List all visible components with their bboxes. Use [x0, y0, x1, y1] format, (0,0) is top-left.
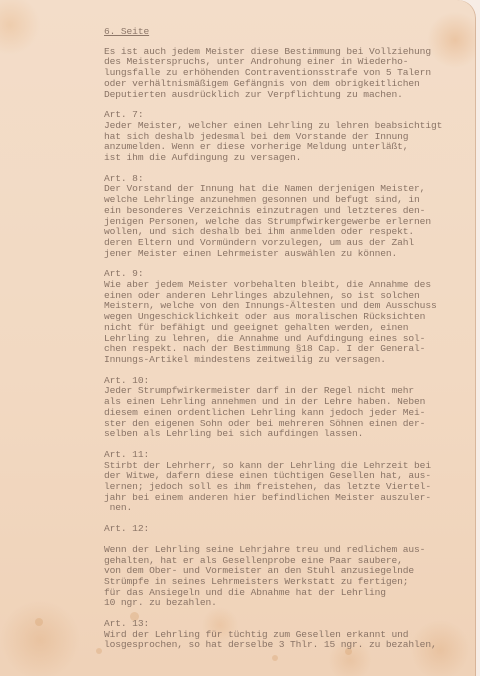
article-11: Art. 11: Stirbt der Lehrherr, so kann de… [104, 450, 476, 514]
intro-paragraph: Es ist auch jedem Meister diese Bestimmu… [104, 47, 476, 101]
page-heading: 6. Seite [104, 27, 149, 38]
article-title: Art. 12: [104, 524, 476, 535]
article-text: Der Vorstand der Innung hat die Namen de… [104, 184, 476, 259]
article-13: Art. 13: Wird der Lehrling für tüchtig z… [104, 619, 476, 651]
stain [96, 648, 102, 654]
article-text: Stirbt der Lehrherr, so kann der Lehrlin… [104, 461, 476, 515]
article-title: Art. 11: [104, 450, 476, 461]
stain [35, 618, 43, 626]
stain [272, 655, 278, 661]
article-text: Jeder Meister, welcher einen Lehrling zu… [104, 121, 476, 164]
article-text: Wie aber jedem Meister vorbehalten bleib… [104, 280, 476, 366]
article-10: Art. 10: Jeder Strumpfwirkermeister darf… [104, 376, 476, 440]
article-7: Art. 7: Jeder Meister, welcher einen Leh… [104, 110, 476, 164]
article-9: Art. 9: Wie aber jedem Meister vorbehalt… [104, 269, 476, 365]
article-8: Art. 8: Der Vorstand der Innung hat die … [104, 174, 476, 260]
article-12: Art. 12: Wenn der Lehrling seine Lehrjah… [104, 524, 476, 609]
article-text: Wenn der Lehrling seine Lehrjahre treu u… [104, 545, 476, 609]
document-page: 6. Seite Es ist auch jedem Meister diese… [0, 0, 476, 676]
article-text: Wird der Lehrling für tüchtig zum Gesell… [104, 630, 476, 651]
article-text: Jeder Strumpfwirkermeister darf in der R… [104, 386, 476, 440]
typed-text-block: 6. Seite Es ist auch jedem Meister diese… [104, 27, 476, 651]
